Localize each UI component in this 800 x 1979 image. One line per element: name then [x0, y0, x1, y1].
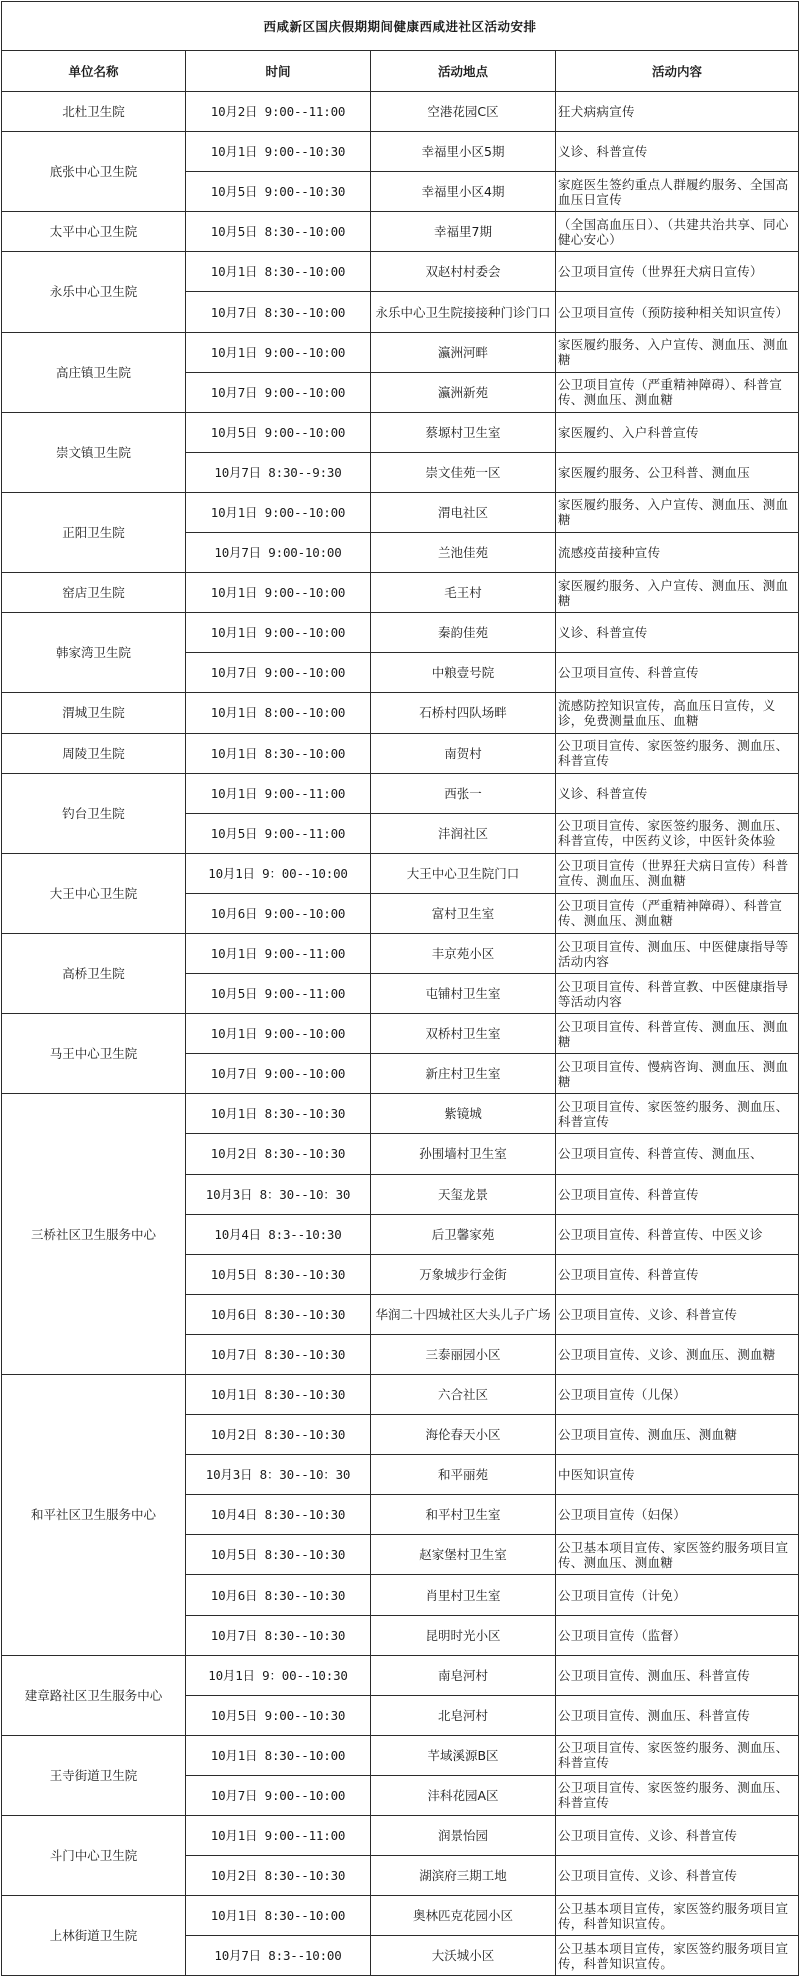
- time-cell: 10月3日 8：30--10：30: [186, 1174, 371, 1214]
- table-row: 北杜卫生院10月2日 9:00--11:00空港花园C区狂犬病病宣传: [2, 92, 799, 132]
- unit-name-cell: 高桥卫生院: [2, 933, 186, 1013]
- unit-name-cell: 太平中心卫生院: [2, 212, 186, 252]
- table-row: 大王中心卫生院10月1日 9：00--10:00大王中心卫生院门口公卫项目宣传（…: [2, 853, 799, 893]
- column-header-unit: 单位名称: [2, 51, 186, 92]
- place-cell: 三泰丽园小区: [371, 1334, 556, 1374]
- unit-name-cell: 渭城卫生院: [2, 693, 186, 733]
- content-cell: 公卫项目宣传、测血压、测血糖: [556, 1415, 799, 1455]
- place-cell: 中粮壹号院: [371, 653, 556, 693]
- place-cell: 赵家堡村卫生室: [371, 1535, 556, 1575]
- place-cell: 南皂河村: [371, 1655, 556, 1695]
- place-cell: 西张一: [371, 773, 556, 813]
- unit-name-cell: 底张中心卫生院: [2, 132, 186, 212]
- content-cell: 公卫项目宣传（监督）: [556, 1615, 799, 1655]
- place-cell: 海伦春天小区: [371, 1415, 556, 1455]
- place-cell: 空港花园C区: [371, 92, 556, 132]
- table-row: 底张中心卫生院10月1日 9:00--10:30幸福里小区5期义诊、科普宣传: [2, 132, 799, 172]
- place-cell: 奥林匹克花园小区: [371, 1896, 556, 1936]
- unit-name-cell: 北杜卫生院: [2, 92, 186, 132]
- unit-name-cell: 崇文镇卫生院: [2, 412, 186, 492]
- header-row: 单位名称 时间 活动地点 活动内容: [2, 51, 799, 92]
- place-cell: 毛王村: [371, 573, 556, 613]
- place-cell: 双赵村村委会: [371, 252, 556, 292]
- table-row: 三桥社区卫生服务中心10月1日 8:30--10:30紫镜城公卫项目宣传、家医签…: [2, 1094, 799, 1134]
- unit-name-cell: 大王中心卫生院: [2, 853, 186, 933]
- place-cell: 崇文佳苑一区: [371, 452, 556, 492]
- content-cell: 公卫项目宣传、科普宣传: [556, 1174, 799, 1214]
- time-cell: 10月1日 8:30--10:00: [186, 1735, 371, 1775]
- place-cell: 幸福里小区5期: [371, 132, 556, 172]
- time-cell: 10月1日 9:00--10:00: [186, 573, 371, 613]
- unit-name-cell: 斗门中心卫生院: [2, 1816, 186, 1896]
- time-cell: 10月1日 9:00--11:00: [186, 773, 371, 813]
- content-cell: 家医履约服务、入户宣传、测血压、测血糖: [556, 573, 799, 613]
- time-cell: 10月5日 8:30--10:30: [186, 1254, 371, 1294]
- unit-name-cell: 钓台卫生院: [2, 773, 186, 853]
- column-header-content: 活动内容: [556, 51, 799, 92]
- table-row: 韩家湾卫生院10月1日 9:00--10:00秦韵佳苑义诊、科普宣传: [2, 613, 799, 653]
- time-cell: 10月7日 9:00--10:00: [186, 372, 371, 412]
- content-cell: 家庭医生签约重点人群履约服务、全国高血压日宣传: [556, 172, 799, 212]
- time-cell: 10月6日 8:30--10:30: [186, 1575, 371, 1615]
- page-title: 西咸新区国庆假期期间健康西咸进社区活动安排: [2, 2, 799, 51]
- time-cell: 10月1日 8:30--10:30: [186, 1375, 371, 1415]
- table-row: 和平社区卫生服务中心10月1日 8:30--10:30六合社区公卫项目宣传（儿保…: [2, 1375, 799, 1415]
- table-row: 高庄镇卫生院10月1日 9:00--10:00瀛洲河畔家医履约服务、入户宣传、测…: [2, 332, 799, 372]
- place-cell: 大王中心卫生院门口: [371, 853, 556, 893]
- place-cell: 湖滨府三期工地: [371, 1856, 556, 1896]
- place-cell: 肖里村卫生室: [371, 1575, 556, 1615]
- place-cell: 兰池佳苑: [371, 533, 556, 573]
- time-cell: 10月7日 9:00--10:00: [186, 1054, 371, 1094]
- time-cell: 10月2日 8:30--10:30: [186, 1856, 371, 1896]
- content-cell: 公卫项目宣传、义诊、科普宣传: [556, 1856, 799, 1896]
- content-cell: 公卫项目宣传、义诊、科普宣传: [556, 1816, 799, 1856]
- content-cell: 公卫项目宣传、测血压、科普宣传: [556, 1655, 799, 1695]
- time-cell: 10月5日 9:00--10:00: [186, 412, 371, 452]
- place-cell: 紫镜城: [371, 1094, 556, 1134]
- time-cell: 10月7日 9:00-10:00: [186, 533, 371, 573]
- place-cell: 幸福里小区4期: [371, 172, 556, 212]
- content-cell: 家医履约服务、入户宣传、测血压、测血糖: [556, 492, 799, 532]
- content-cell: 家医履约服务、入户宣传、测血压、测血糖: [556, 332, 799, 372]
- time-cell: 10月7日 9:00--10:00: [186, 653, 371, 693]
- time-cell: 10月1日 9:00--10:00: [186, 492, 371, 532]
- content-cell: 公卫项目宣传、测血压、中医健康指导等活动内容: [556, 933, 799, 973]
- place-cell: 富村卫生室: [371, 893, 556, 933]
- time-cell: 10月2日 8:30--10:30: [186, 1415, 371, 1455]
- title-row: 西咸新区国庆假期期间健康西咸进社区活动安排: [2, 2, 799, 51]
- content-cell: 公卫项目宣传、家医签约服务、测血压、科普宣传: [556, 1094, 799, 1134]
- content-cell: 义诊、科普宣传: [556, 613, 799, 653]
- time-cell: 10月1日 9:00--10:30: [186, 132, 371, 172]
- table-row: 崇文镇卫生院10月5日 9:00--10:00蔡塬村卫生室家医履约、入户科普宣传: [2, 412, 799, 452]
- content-cell: 公卫项目宣传、测血压、科普宣传: [556, 1695, 799, 1735]
- content-cell: 公卫项目宣传（预防接种相关知识宣传）: [556, 292, 799, 332]
- content-cell: 公卫项目宣传、科普宣传、中医义诊: [556, 1214, 799, 1254]
- time-cell: 10月7日 8:30--10:30: [186, 1615, 371, 1655]
- content-cell: 公卫项目宣传、义诊、测血压、测血糖: [556, 1334, 799, 1374]
- place-cell: 华润二十四城社区大头儿子广场: [371, 1294, 556, 1334]
- table-row: 渭城卫生院10月1日 8:00--10:00石桥村四队场畔流感防控知识宣传，高血…: [2, 693, 799, 733]
- place-cell: 润景怡园: [371, 1816, 556, 1856]
- content-cell: 公卫项目宣传（严重精神障碍）、科普宣传、测血压、测血糖: [556, 893, 799, 933]
- time-cell: 10月5日 8:30--10:30: [186, 1535, 371, 1575]
- time-cell: 10月1日 9:00--10:00: [186, 1014, 371, 1054]
- time-cell: 10月1日 9:00--10:00: [186, 332, 371, 372]
- column-header-time: 时间: [186, 51, 371, 92]
- unit-name-cell: 窑店卫生院: [2, 573, 186, 613]
- table-row: 建章路社区卫生服务中心10月1日 9：00--10:30南皂河村公卫项目宣传、测…: [2, 1655, 799, 1695]
- content-cell: 公卫基本项目宣传、家医签约服务项目宣传、测血压、测血糖: [556, 1535, 799, 1575]
- content-cell: 公卫项目宣传、慢病咨询、测血压、测血糖: [556, 1054, 799, 1094]
- table-row: 太平中心卫生院10月5日 8:30--10:00幸福里7期（全国高血压日）、（共…: [2, 212, 799, 252]
- table-row: 高桥卫生院10月1日 9:00--11:00丰京苑小区公卫项目宣传、测血压、中医…: [2, 933, 799, 973]
- place-cell: 孙围墙村卫生室: [371, 1134, 556, 1174]
- time-cell: 10月6日 9:00--10:00: [186, 893, 371, 933]
- table-row: 周陵卫生院10月1日 8:30--10:00南贺村公卫项目宣传、家医签约服务、测…: [2, 733, 799, 773]
- place-cell: 双桥村卫生室: [371, 1014, 556, 1054]
- place-cell: 屯铺村卫生室: [371, 974, 556, 1014]
- time-cell: 10月1日 8:30--10:30: [186, 1094, 371, 1134]
- time-cell: 10月1日 8:30--10:00: [186, 1896, 371, 1936]
- table-row: 钓台卫生院10月1日 9:00--11:00西张一义诊、科普宣传: [2, 773, 799, 813]
- place-cell: 芊域溪源B区: [371, 1735, 556, 1775]
- content-cell: 公卫项目宣传、科普宣传、测血压、: [556, 1134, 799, 1174]
- table-row: 斗门中心卫生院10月1日 9:00--11:00润景怡园公卫项目宣传、义诊、科普…: [2, 1816, 799, 1856]
- time-cell: 10月2日 8:30--10:30: [186, 1134, 371, 1174]
- content-cell: 公卫项目宣传（儿保）: [556, 1375, 799, 1415]
- place-cell: 和平村卫生室: [371, 1495, 556, 1535]
- place-cell: 六合社区: [371, 1375, 556, 1415]
- content-cell: 流感疫苗接种宣传: [556, 533, 799, 573]
- content-cell: 中医知识宣传: [556, 1455, 799, 1495]
- time-cell: 10月1日 8:00--10:00: [186, 693, 371, 733]
- place-cell: 蔡塬村卫生室: [371, 412, 556, 452]
- table-row: 上林街道卫生院10月1日 8:30--10:00奥林匹克花园小区公卫基本项目宣传…: [2, 1896, 799, 1936]
- place-cell: 新庄村卫生室: [371, 1054, 556, 1094]
- place-cell: 丰京苑小区: [371, 933, 556, 973]
- time-cell: 10月1日 8:30--10:00: [186, 733, 371, 773]
- table-row: 正阳卫生院10月1日 9:00--10:00渭电社区家医履约服务、入户宣传、测血…: [2, 492, 799, 532]
- content-cell: 公卫项目宣传（世界狂犬病日宣传）科普宣传、测血压、测血糖: [556, 853, 799, 893]
- schedule-body: 北杜卫生院10月2日 9:00--11:00空港花园C区狂犬病病宣传底张中心卫生…: [2, 92, 799, 1976]
- unit-name-cell: 三桥社区卫生服务中心: [2, 1094, 186, 1375]
- content-cell: 义诊、科普宣传: [556, 773, 799, 813]
- activity-schedule-table: 西咸新区国庆假期期间健康西咸进社区活动安排 单位名称 时间 活动地点 活动内容 …: [1, 1, 799, 1976]
- place-cell: 和平丽苑: [371, 1455, 556, 1495]
- place-cell: 秦韵佳苑: [371, 613, 556, 653]
- place-cell: 大沃城小区: [371, 1936, 556, 1976]
- content-cell: 公卫项目宣传、家医签约服务、测血压、科普宣传: [556, 733, 799, 773]
- content-cell: 公卫项目宣传（计免）: [556, 1575, 799, 1615]
- time-cell: 10月1日 9：00--10:30: [186, 1655, 371, 1695]
- content-cell: 狂犬病病宣传: [556, 92, 799, 132]
- content-cell: 公卫项目宣传、义诊、科普宣传: [556, 1294, 799, 1334]
- time-cell: 10月5日 9:00--11:00: [186, 974, 371, 1014]
- unit-name-cell: 建章路社区卫生服务中心: [2, 1655, 186, 1735]
- time-cell: 10月1日 9:00--11:00: [186, 1816, 371, 1856]
- unit-name-cell: 正阳卫生院: [2, 492, 186, 572]
- unit-name-cell: 周陵卫生院: [2, 733, 186, 773]
- unit-name-cell: 高庄镇卫生院: [2, 332, 186, 412]
- table-row: 马王中心卫生院10月1日 9:00--10:00双桥村卫生室公卫项目宣传、科普宣…: [2, 1014, 799, 1054]
- time-cell: 10月6日 8:30--10:30: [186, 1294, 371, 1334]
- time-cell: 10月3日 8：30--10：30: [186, 1455, 371, 1495]
- content-cell: 义诊、科普宣传: [556, 132, 799, 172]
- unit-name-cell: 永乐中心卫生院: [2, 252, 186, 332]
- content-cell: 家医履约服务、公卫科普、测血压: [556, 452, 799, 492]
- place-cell: 渭电社区: [371, 492, 556, 532]
- place-cell: 幸福里7期: [371, 212, 556, 252]
- place-cell: 南贺村: [371, 733, 556, 773]
- content-cell: 家医履约、入户科普宣传: [556, 412, 799, 452]
- content-cell: 公卫项目宣传、科普宣传: [556, 1254, 799, 1294]
- time-cell: 10月5日 8:30--10:00: [186, 212, 371, 252]
- unit-name-cell: 上林街道卫生院: [2, 1896, 186, 1976]
- place-cell: 北皂河村: [371, 1695, 556, 1735]
- content-cell: 公卫基本项目宣传，家医签约服务项目宣传，科普知识宣传。: [556, 1896, 799, 1936]
- place-cell: 石桥村四队场畔: [371, 693, 556, 733]
- time-cell: 10月1日 9:00--10:00: [186, 613, 371, 653]
- time-cell: 10月1日 9：00--10:00: [186, 853, 371, 893]
- table-row: 王寺街道卫生院10月1日 8:30--10:00芊域溪源B区公卫项目宣传、家医签…: [2, 1735, 799, 1775]
- unit-name-cell: 韩家湾卫生院: [2, 613, 186, 693]
- content-cell: （全国高血压日）、（共建共治共享、同心健心安心）: [556, 212, 799, 252]
- time-cell: 10月5日 9:00--10:30: [186, 1695, 371, 1735]
- place-cell: 后卫馨家苑: [371, 1214, 556, 1254]
- content-cell: 公卫项目宣传、家医签约服务、测血压、科普宣传: [556, 1775, 799, 1815]
- place-cell: 瀛洲河畔: [371, 332, 556, 372]
- place-cell: 昆明时光小区: [371, 1615, 556, 1655]
- content-cell: 公卫项目宣传、家医签约服务、测血压、科普宣传: [556, 1735, 799, 1775]
- place-cell: 万象城步行金街: [371, 1254, 556, 1294]
- place-cell: 天玺龙景: [371, 1174, 556, 1214]
- column-header-place: 活动地点: [371, 51, 556, 92]
- time-cell: 10月5日 9:00--10:30: [186, 172, 371, 212]
- content-cell: 流感防控知识宣传，高血压日宣传，义诊，免费测量血压、血糖: [556, 693, 799, 733]
- content-cell: 公卫项目宣传（严重精神障碍）、科普宣传、测血压、测血糖: [556, 372, 799, 412]
- content-cell: 公卫项目宣传、科普宣传、测血压、测血糖: [556, 1014, 799, 1054]
- unit-name-cell: 王寺街道卫生院: [2, 1735, 186, 1815]
- unit-name-cell: 和平社区卫生服务中心: [2, 1375, 186, 1656]
- table-row: 永乐中心卫生院10月1日 8:30--10:00双赵村村委会公卫项目宣传（世界狂…: [2, 252, 799, 292]
- time-cell: 10月7日 8:30--10:00: [186, 292, 371, 332]
- time-cell: 10月1日 9:00--11:00: [186, 933, 371, 973]
- time-cell: 10月4日 8:30--10:30: [186, 1495, 371, 1535]
- content-cell: 公卫项目宣传（妇保）: [556, 1495, 799, 1535]
- content-cell: 公卫项目宣传、家医签约服务、测血压、科普宣传，中医药义诊，中医针灸体验: [556, 813, 799, 853]
- time-cell: 10月7日 9:00--10:00: [186, 1775, 371, 1815]
- schedule-sheet: 西咸新区国庆假期期间健康西咸进社区活动安排 单位名称 时间 活动地点 活动内容 …: [0, 0, 800, 1979]
- content-cell: 公卫项目宣传、科普宣教、中医健康指导等活动内容: [556, 974, 799, 1014]
- time-cell: 10月1日 8:30--10:00: [186, 252, 371, 292]
- time-cell: 10月2日 9:00--11:00: [186, 92, 371, 132]
- time-cell: 10月5日 9:00--11:00: [186, 813, 371, 853]
- place-cell: 永乐中心卫生院接接种门诊门口: [371, 292, 556, 332]
- place-cell: 瀛洲新苑: [371, 372, 556, 412]
- time-cell: 10月7日 8:30--10:30: [186, 1334, 371, 1374]
- place-cell: 沣科花园A区: [371, 1775, 556, 1815]
- content-cell: 公卫项目宣传（世界狂犬病日宣传）: [556, 252, 799, 292]
- place-cell: 沣润社区: [371, 813, 556, 853]
- content-cell: 公卫基本项目宣传，家医签约服务项目宣传，科普知识宣传。: [556, 1936, 799, 1976]
- table-row: 窑店卫生院10月1日 9:00--10:00毛王村家医履约服务、入户宣传、测血压…: [2, 573, 799, 613]
- time-cell: 10月4日 8:3--10:30: [186, 1214, 371, 1254]
- unit-name-cell: 马王中心卫生院: [2, 1014, 186, 1094]
- time-cell: 10月7日 8:30--9:30: [186, 452, 371, 492]
- content-cell: 公卫项目宣传、科普宣传: [556, 653, 799, 693]
- time-cell: 10月7日 8:3--10:00: [186, 1936, 371, 1976]
